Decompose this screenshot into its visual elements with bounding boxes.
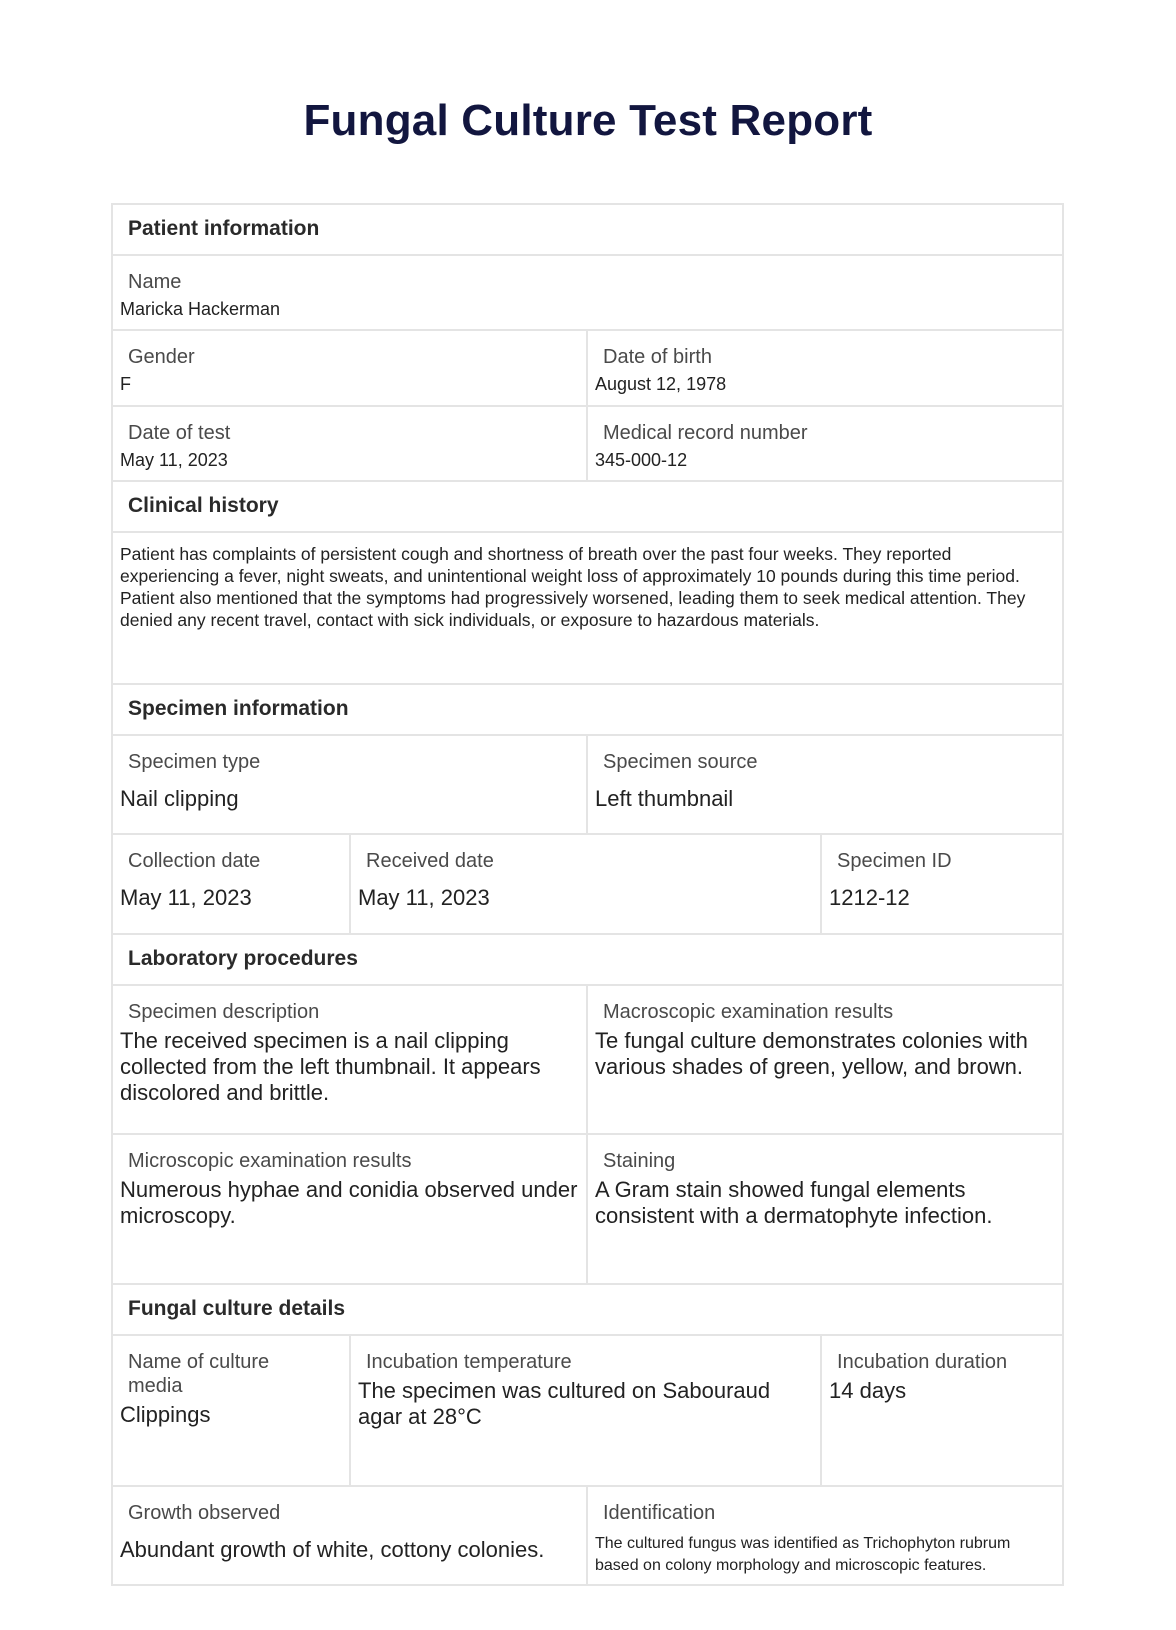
field-label: Incubation duration bbox=[822, 1336, 1062, 1374]
row-specimen-dates: Collection date May 11, 2023 Received da… bbox=[113, 835, 1062, 935]
field-name: Name Maricka Hackerman bbox=[113, 256, 1062, 329]
section-fungal-culture-details: Fungal culture details bbox=[113, 1285, 1062, 1336]
field-specimen-source: Specimen source Left thumbnail bbox=[588, 736, 1062, 833]
section-heading: Specimen information bbox=[113, 685, 1062, 734]
field-label: Microscopic examination results bbox=[113, 1135, 586, 1173]
row-name: Name Maricka Hackerman bbox=[113, 256, 1062, 331]
field-label: Identification bbox=[588, 1487, 1062, 1525]
field-incubation-duration: Incubation duration 14 days bbox=[822, 1336, 1062, 1485]
field-value: Nail clipping bbox=[113, 774, 586, 812]
field-collection-date: Collection date May 11, 2023 bbox=[113, 835, 351, 933]
section-heading: Clinical history bbox=[113, 482, 1062, 531]
field-specimen-type: Specimen type Nail clipping bbox=[113, 736, 588, 833]
row-gender-dob: Gender F Date of birth August 12, 1978 bbox=[113, 331, 1062, 407]
field-value: The specimen was cultured on Sabouraud a… bbox=[351, 1374, 820, 1430]
field-label: Gender bbox=[113, 331, 586, 369]
section-patient-information: Patient information bbox=[113, 205, 1062, 256]
report-title: Fungal Culture Test Report bbox=[0, 96, 1176, 146]
field-label: Incubation temperature bbox=[351, 1336, 820, 1374]
field-label: Date of birth bbox=[588, 331, 1062, 369]
field-value: May 11, 2023 bbox=[113, 445, 586, 471]
field-value: 1212-12 bbox=[822, 873, 1062, 911]
field-value: 14 days bbox=[822, 1374, 1062, 1404]
field-label: Specimen source bbox=[588, 736, 1062, 774]
section-heading: Laboratory procedures bbox=[113, 935, 1062, 984]
field-value: The received specimen is a nail clipping… bbox=[113, 1024, 586, 1106]
field-macroscopic-results: Macroscopic examination results Te funga… bbox=[588, 986, 1062, 1133]
field-value: Te fungal culture demonstrates colonies … bbox=[588, 1024, 1062, 1080]
field-staining: Staining A Gram stain showed fungal elem… bbox=[588, 1135, 1062, 1283]
field-value: Abundant growth of white, cottony coloni… bbox=[113, 1525, 586, 1563]
row-clinical-history: Patient has complaints of persistent cou… bbox=[113, 533, 1062, 685]
field-value: Numerous hyphae and conidia observed und… bbox=[113, 1173, 586, 1229]
field-specimen-description: Specimen description The received specim… bbox=[113, 986, 588, 1133]
field-value: Left thumbnail bbox=[588, 774, 1062, 812]
clinical-history-text: Patient has complaints of persistent cou… bbox=[113, 533, 1062, 683]
field-medical-record-number: Medical record number 345-000-12 bbox=[588, 407, 1062, 480]
field-value: May 11, 2023 bbox=[113, 873, 349, 911]
field-date-of-birth: Date of birth August 12, 1978 bbox=[588, 331, 1062, 405]
field-value: F bbox=[113, 369, 586, 395]
row-specimen-type-source: Specimen type Nail clipping Specimen sou… bbox=[113, 736, 1062, 835]
field-label: Name bbox=[113, 256, 1062, 294]
field-label: Staining bbox=[588, 1135, 1062, 1173]
row-test-mrn: Date of test May 11, 2023 Medical record… bbox=[113, 407, 1062, 482]
section-specimen-information: Specimen information bbox=[113, 685, 1062, 736]
field-value: The cultured fungus was identified as Tr… bbox=[588, 1525, 1062, 1577]
field-value: 345-000-12 bbox=[588, 445, 1062, 471]
field-label: Collection date bbox=[113, 835, 349, 873]
field-label: Growth observed bbox=[113, 1487, 586, 1525]
field-label: Date of test bbox=[113, 407, 586, 445]
field-value: A Gram stain showed fungal elements cons… bbox=[588, 1173, 1062, 1229]
field-label: Specimen type bbox=[113, 736, 586, 774]
field-value: Clippings bbox=[113, 1398, 349, 1428]
section-heading: Patient information bbox=[113, 205, 1062, 254]
field-value: May 11, 2023 bbox=[351, 873, 820, 911]
section-laboratory-procedures: Laboratory procedures bbox=[113, 935, 1062, 986]
row-microscopic-staining: Microscopic examination results Numerous… bbox=[113, 1135, 1062, 1285]
field-label: Macroscopic examination results bbox=[588, 986, 1062, 1024]
report-table: Patient information Name Maricka Hackerm… bbox=[111, 203, 1064, 1586]
field-culture-media: Name of culture media Clippings bbox=[113, 1336, 351, 1485]
field-label: Specimen description bbox=[113, 986, 586, 1024]
field-date-of-test: Date of test May 11, 2023 bbox=[113, 407, 588, 480]
field-growth-observed: Growth observed Abundant growth of white… bbox=[113, 1487, 588, 1584]
field-label: Received date bbox=[351, 835, 820, 873]
row-culture-incubation: Name of culture media Clippings Incubati… bbox=[113, 1336, 1062, 1487]
row-description-macroscopic: Specimen description The received specim… bbox=[113, 986, 1062, 1135]
section-heading: Fungal culture details bbox=[113, 1285, 1062, 1334]
field-specimen-id: Specimen ID 1212-12 bbox=[822, 835, 1062, 933]
section-clinical-history: Clinical history bbox=[113, 482, 1062, 533]
field-value: Maricka Hackerman bbox=[113, 294, 1062, 320]
field-label: Specimen ID bbox=[822, 835, 1062, 873]
field-label: Name of culture media bbox=[113, 1336, 349, 1398]
field-microscopic-results: Microscopic examination results Numerous… bbox=[113, 1135, 588, 1283]
row-growth-identification: Growth observed Abundant growth of white… bbox=[113, 1487, 1062, 1584]
field-incubation-temperature: Incubation temperature The specimen was … bbox=[351, 1336, 822, 1485]
field-gender: Gender F bbox=[113, 331, 588, 405]
field-received-date: Received date May 11, 2023 bbox=[351, 835, 822, 933]
field-label: Medical record number bbox=[588, 407, 1062, 445]
field-identification: Identification The cultured fungus was i… bbox=[588, 1487, 1062, 1584]
field-value: August 12, 1978 bbox=[588, 369, 1062, 395]
